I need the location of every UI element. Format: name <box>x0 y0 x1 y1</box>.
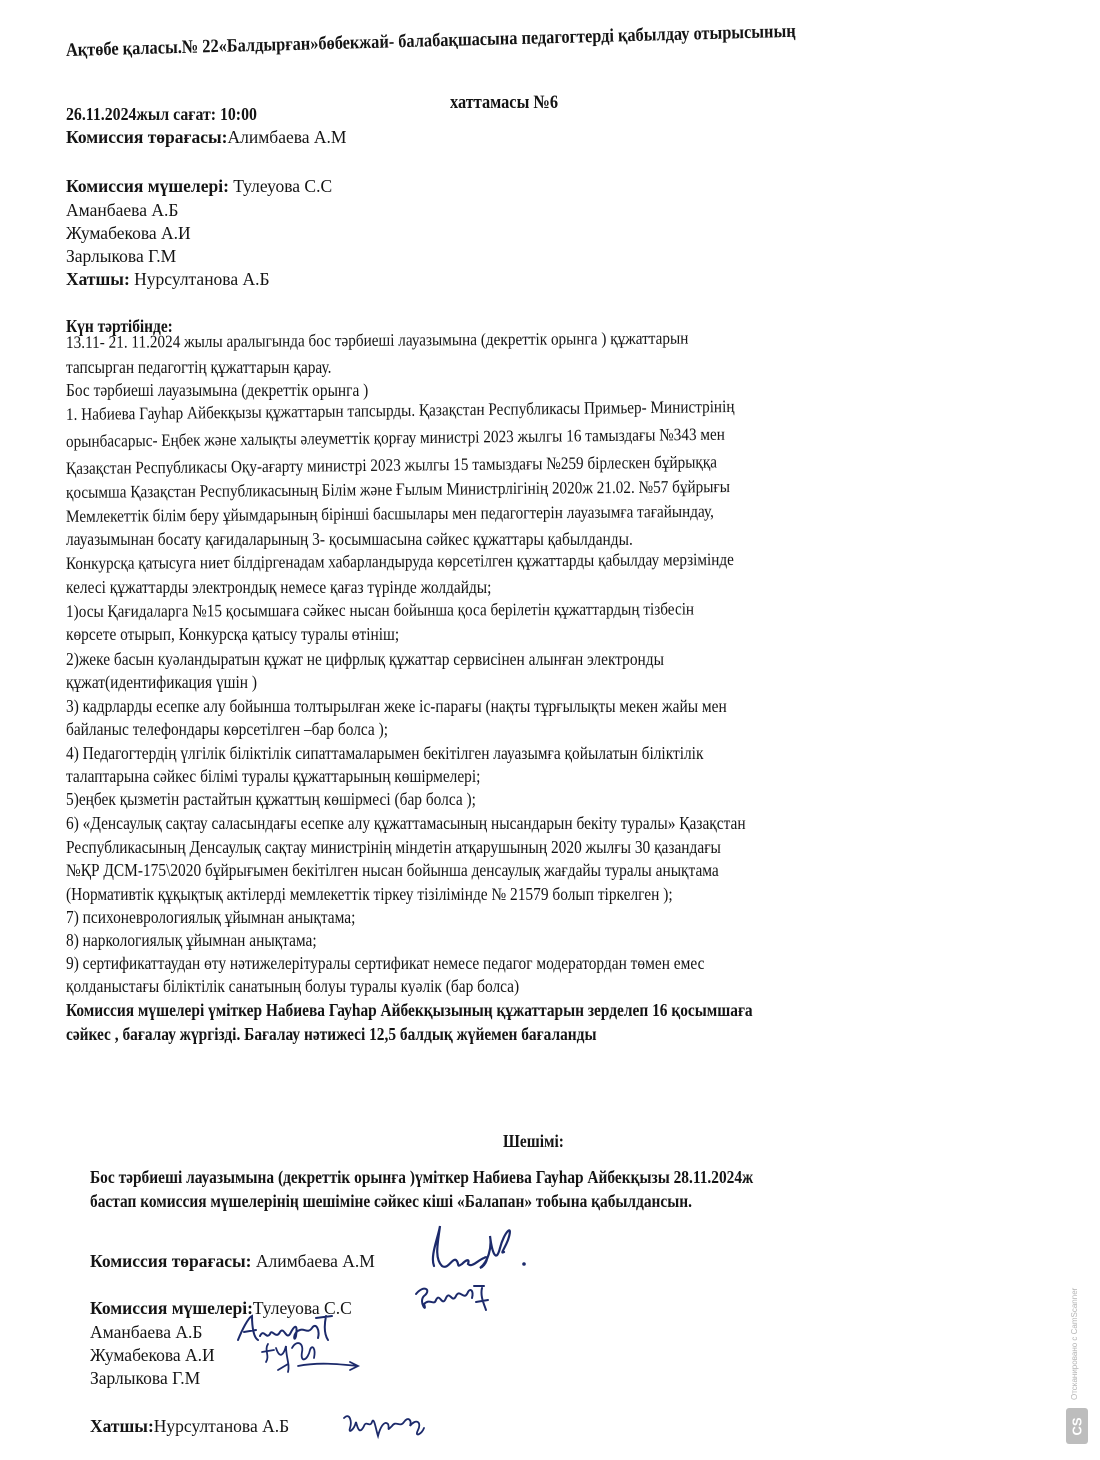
agenda-line: тапсырган педагогтің құжаттарын қарау. <box>66 356 331 378</box>
agenda-line: қосымша Қазақстан Республикасының Білім … <box>66 475 730 503</box>
member-name: Тулеуова С.С <box>233 176 332 196</box>
agenda-line: №ҚР ДСМ-175\2020 бұйрығымен бекітілген н… <box>66 859 719 881</box>
secretary-signature-icon <box>340 1408 430 1442</box>
scanned-document-page: Ақтөбе қаласы.№ 22«Балдырған»бөбекжай- б… <box>0 0 1100 1460</box>
agenda-line: көрсете отырып, Конкурсқа қатысу туралы … <box>66 623 399 645</box>
signature-chair-label: Комиссия төрағасы: <box>90 1251 251 1271</box>
decision-line: Бос тәрбиеші лауазымына (декреттік орынғ… <box>90 1166 753 1188</box>
secretary: Хатшы: Нурсултанова А.Б <box>66 268 270 290</box>
agenda-line: 13.11- 21. 11.2024 жылы аралыгында бос т… <box>66 327 688 353</box>
signature-secretary-name: Нурсултанова А.Б <box>154 1416 289 1436</box>
member-name: Зарлыкова Г.М <box>66 245 176 267</box>
document-title-line-1: Ақтөбе қаласы.№ 22«Балдырған»бөбекжай- б… <box>66 21 796 62</box>
chair-label: Комиссия төрағасы: <box>66 127 227 147</box>
agenda-line: құжат(идентификация үшін ) <box>66 671 257 693</box>
secretary-label: Хатшы: <box>66 269 130 289</box>
meeting-datetime: 26.11.2024жыл сағат: 10:00 <box>66 103 257 125</box>
agenda-line: 4) Педагогтердің үлгілік біліктілік сипа… <box>66 742 703 764</box>
evaluation-line: Комиссия мүшелері үміткер Набиева Гауһар… <box>66 999 753 1021</box>
agenda-line: 3) кадрларды есепке алу бойынша толтырыл… <box>66 695 727 717</box>
agenda-line: 1)осы Қағидаларга №15 қосымшаға сәйкес н… <box>66 597 694 622</box>
agenda-line: қолданыстағы біліктілік санатының болуы … <box>66 975 519 997</box>
scanner-watermark: Отсканировано с CamScanner CS <box>1060 1290 1094 1450</box>
agenda-line: 8) наркологиялық ұйымнан анықтама; <box>66 929 317 951</box>
agenda-line: талаптарына сәйкес білімі туралы құжатта… <box>66 765 480 787</box>
agenda-line: Конкурсқа қатысуга ниет білдіргенадам ха… <box>66 548 734 574</box>
signature-chair-name: Алимбаева А.М <box>251 1251 374 1271</box>
agenda-line: 7) психоневрологиялық ұйымнан анықтама; <box>66 906 355 928</box>
commission-members-first: Комиссия мүшелері: Тулеуова С.С <box>66 175 332 197</box>
agenda-line: келесі құжаттарды электрондық немесе қағ… <box>66 576 491 598</box>
camscanner-logo-icon: CS <box>1066 1408 1088 1444</box>
agenda-line: 5)еңбек қызметін растайтын құжаттың көші… <box>66 788 476 810</box>
agenda-line: 6) «Денсаулық сақтау саласындағы есепке … <box>66 812 746 834</box>
decision-line: бастап комиссия мүшелерінің шешіміне сәй… <box>90 1190 692 1212</box>
secretary-name: Нурсултанова А.Б <box>134 269 269 289</box>
document-title-line-2: хаттамасы №6 <box>450 92 558 114</box>
agenda-line: Республикасының Денсаулық сақтау министр… <box>66 836 721 858</box>
agenda-line: Қазақстан Республикасы Оқу-ағарту минист… <box>66 450 717 479</box>
decision-heading: Шешімі: <box>503 1130 564 1152</box>
signature-member-name: Аманбаева А.Б <box>90 1321 202 1343</box>
member-name: Жумабекова А.И <box>66 222 191 244</box>
signature-secretary-label: Хатшы: <box>90 1416 154 1436</box>
agenda-line: Бос тәрбиеші лауазымына (декреттік орынг… <box>66 379 368 401</box>
chair-signature-icon <box>426 1218 536 1278</box>
member-name: Аманбаева А.Б <box>66 199 178 221</box>
commission-chair: Комиссия төрағасы:Алимбаева А.М <box>66 126 346 148</box>
signature-member-name: Жумабекова А.И <box>90 1344 215 1366</box>
members-label: Комиссия мүшелері: <box>66 176 229 196</box>
agenda-line: орынбасарыс- Еңбек және халықты әлеуметт… <box>66 423 725 452</box>
member-signature-icon <box>410 1280 500 1320</box>
signature-member-name: Зарлыкова Г.М <box>90 1367 200 1389</box>
signature-chair: Комиссия төрағасы: Алимбаева А.М <box>90 1250 375 1272</box>
agenda-line: байланыс телефондары көрсетілген –бар бо… <box>66 718 388 740</box>
agenda-line: Мемлекеттік білім беру ұйымдарының бірін… <box>66 500 714 527</box>
agenda-line: 2)жеке басын куәландыратын құжат не цифр… <box>66 648 664 670</box>
agenda-line: лауазымынан босату қағидаларының 3- қосы… <box>66 528 633 550</box>
evaluation-line: сәйкес , бағалау жүргізді. Бағалау нәтиж… <box>66 1023 596 1045</box>
agenda-line: (Нормативтік құқықтық актілерді мемлекет… <box>66 883 673 905</box>
signature-members-label: Комиссия мүшелері: <box>90 1298 253 1318</box>
agenda-line: 9) сертификаттаудан өту нәтижелерітуралы… <box>66 952 704 974</box>
chair-name: Алимбаева А.М <box>227 127 346 147</box>
watermark-text: Отсканировано с CamScanner <box>1070 1290 1084 1400</box>
member-signature-icon <box>258 1336 368 1380</box>
signature-secretary: Хатшы:Нурсултанова А.Б <box>90 1415 289 1437</box>
